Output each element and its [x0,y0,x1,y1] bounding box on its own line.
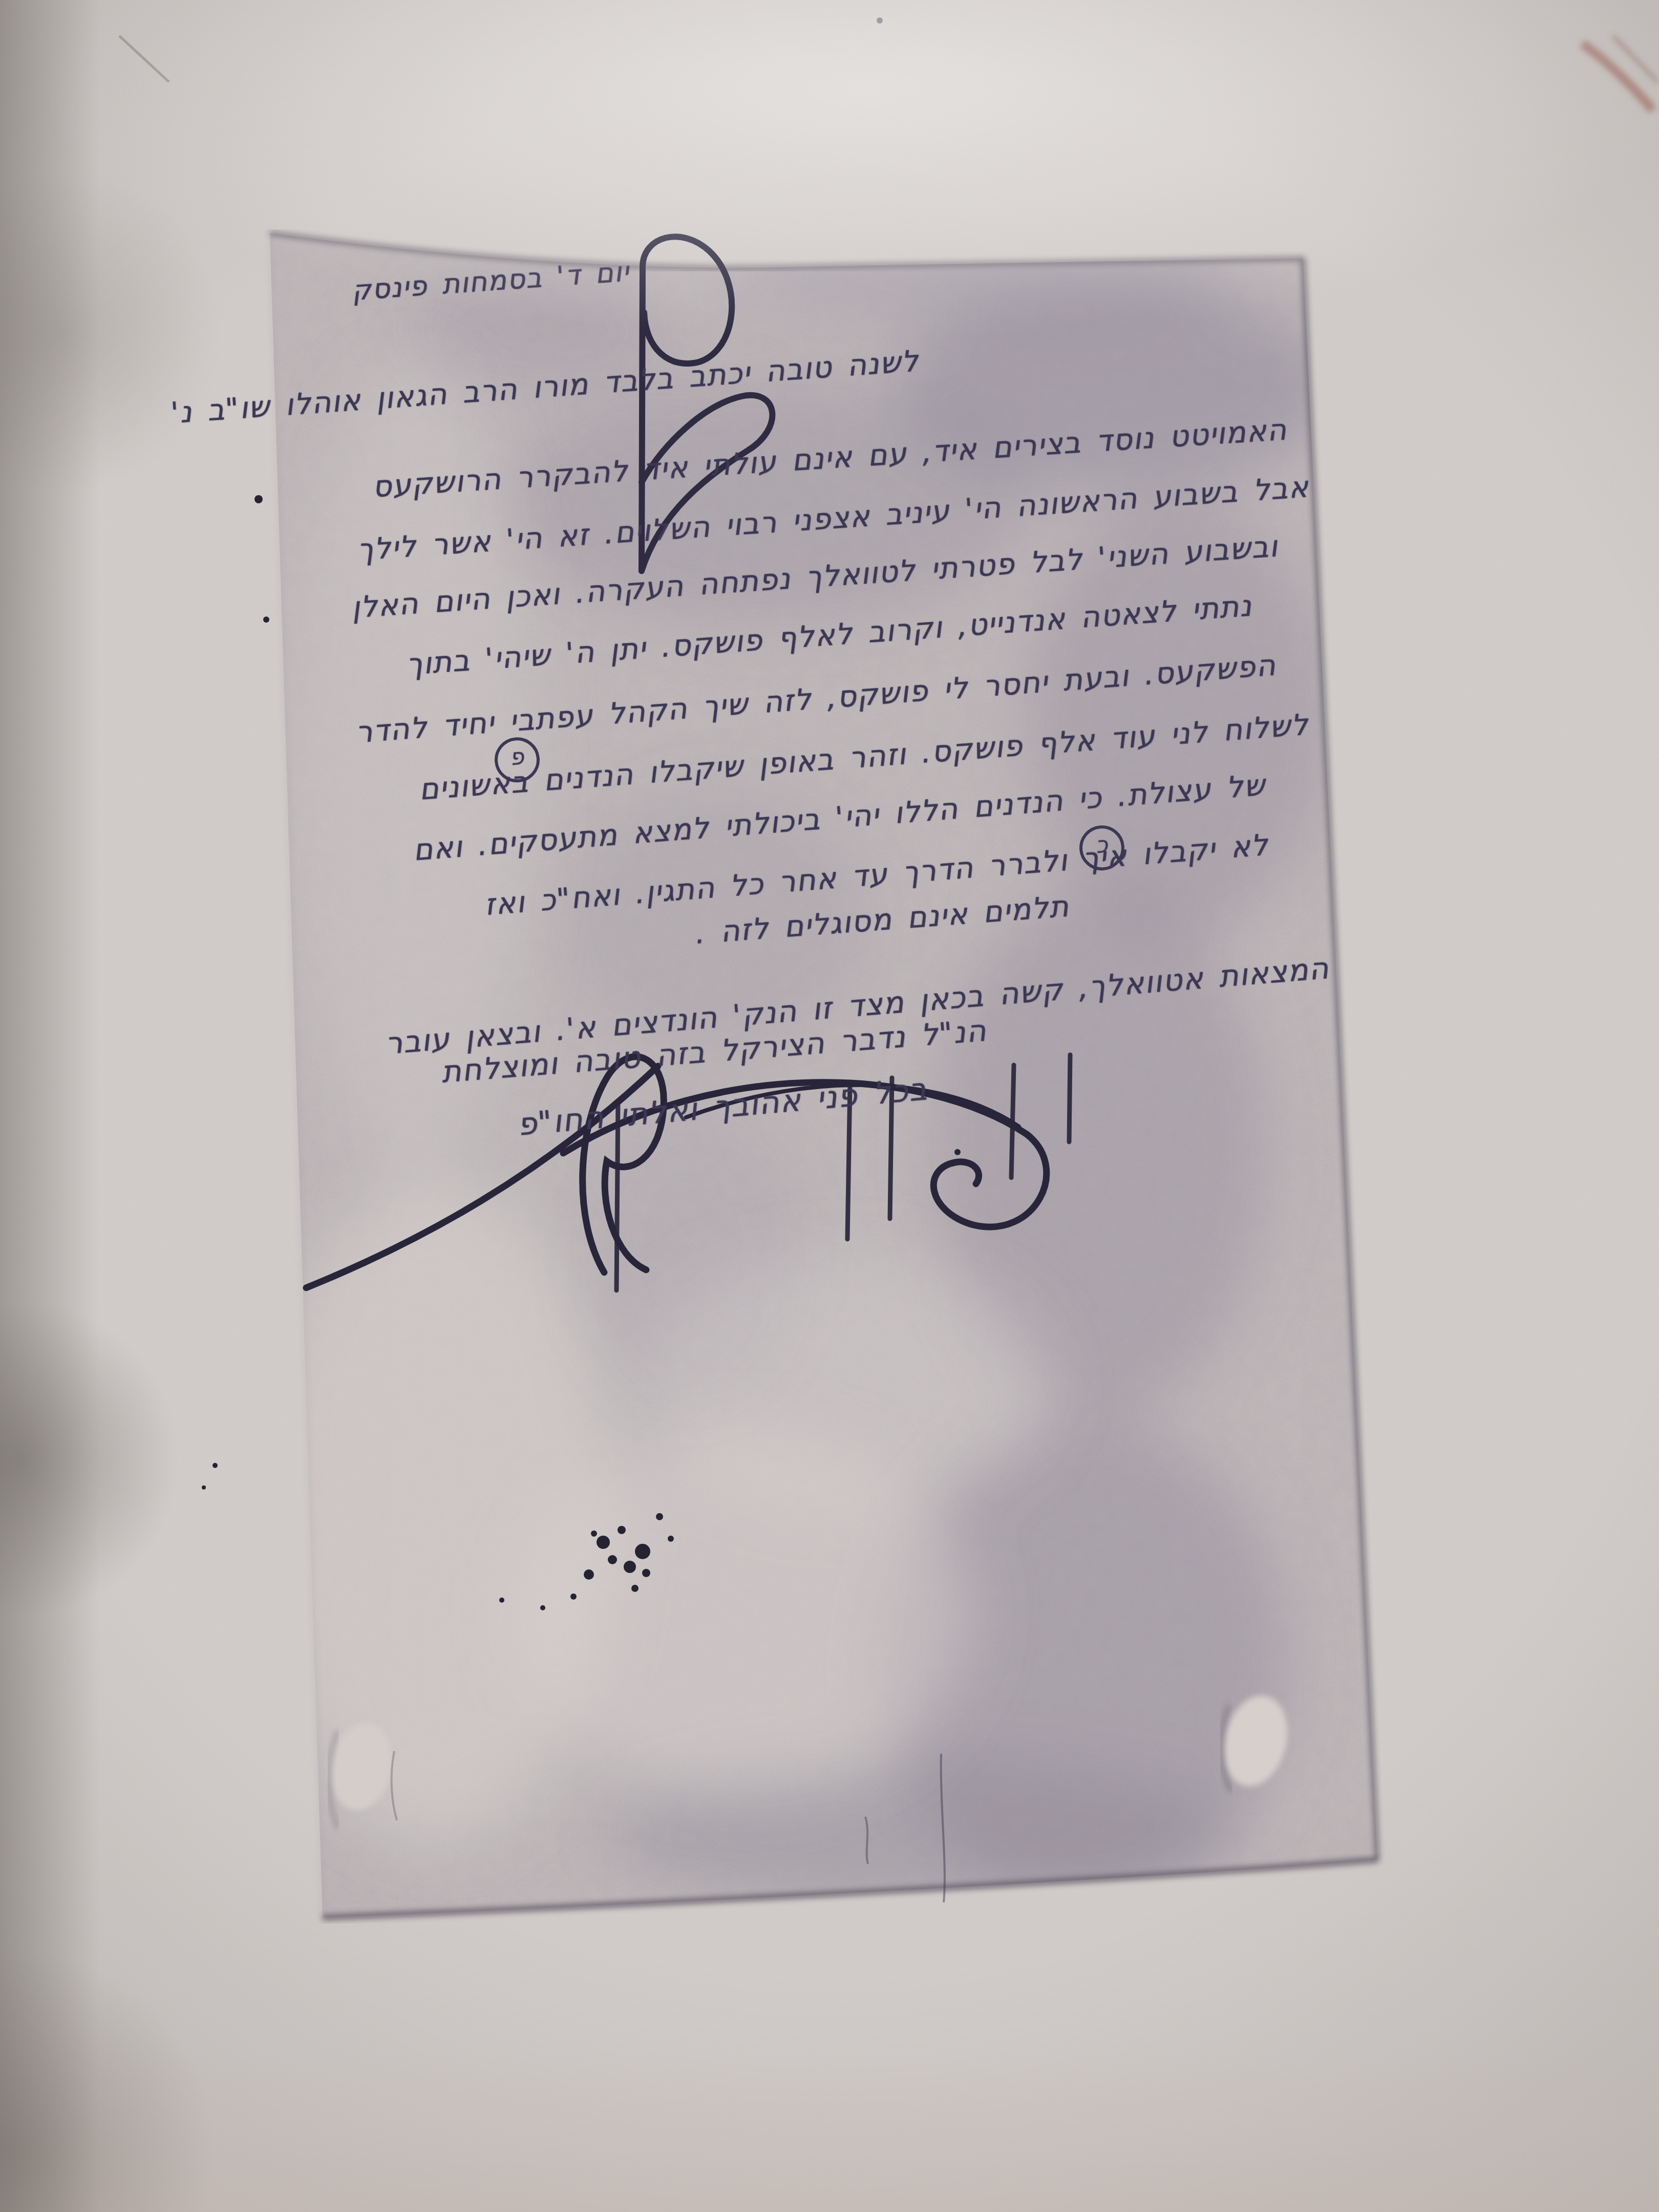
photo-of-document: { "document_type_note": "photograph of a… [0,0,1659,2212]
photo-surface: יום ד' בסמחות פינסק לשנה טובה יכתב בלבד … [0,0,1659,2212]
